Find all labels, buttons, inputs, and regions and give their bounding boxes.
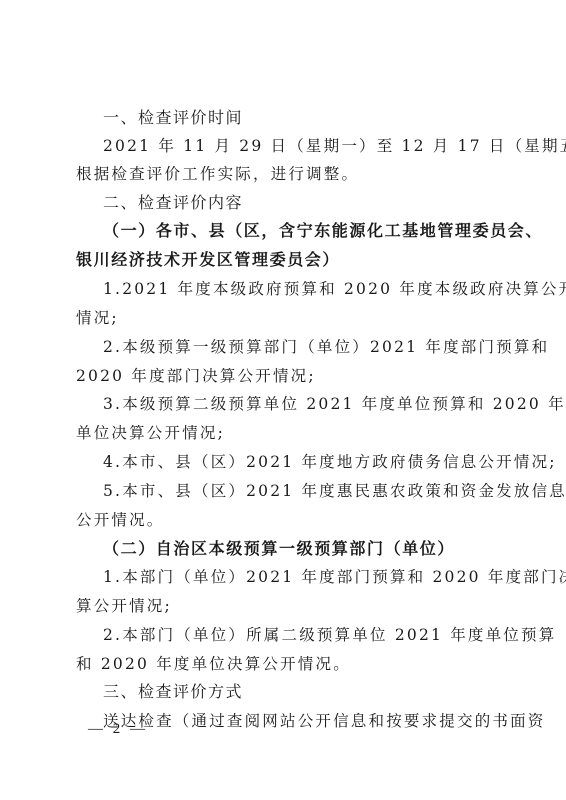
paragraph-line: 1.本部门（单位）2021 年度部门预算和 2020 年度部门决 [103,567,566,587]
paragraph-line: 根据检查评价工作实际，进行调整。 [76,164,359,184]
paragraph-line: 算公开情况; [76,596,172,616]
section-heading: 二、检查评价内容 [103,193,243,213]
paragraph-line: 公开情况。 [76,510,165,530]
document-page: 一、检查评价时间2021 年 11 月 29 日（星期一）至 12 月 17 日… [0,0,566,800]
paragraph-line: 3.本级预算二级预算单位 2021 年度单位预算和 2020 年度 [103,394,566,414]
paragraph-line: 5.本市、县（区）2021 年度惠民惠农政策和资金发放信息 [103,481,566,501]
subsection-heading: （二）自治区本级预算一级预算部门（单位） [103,539,455,559]
subsection-heading: （一）各市、县（区，含宁东能源化工基地管理委员会、 [103,221,543,241]
paragraph-line: 送达检查（通过查阅网站公开信息和按要求提交的书面资 [103,711,546,731]
paragraph-line: 2020 年度部门决算公开情况; [76,366,316,386]
page-number: — 2 — [88,721,148,738]
paragraph-line: 2.本部门（单位）所属二级预算单位 2021 年度单位预算 [103,625,556,645]
paragraph-line: 4.本市、县（区）2021 年度地方政府债务信息公开情况; [103,452,557,472]
subsection-heading: 银川经济技术开发区管理委员会） [76,250,340,270]
section-heading: 一、检查评价时间 [103,108,243,128]
paragraph-line: 和 2020 年度单位决算公开情况。 [76,654,351,674]
paragraph-line: 1.2021 年度本级政府预算和 2020 年度本级政府决算公开 [103,279,566,299]
section-heading: 三、检查评价方式 [103,682,243,702]
paragraph-line: 2.本级预算一级预算部门（单位）2021 年度部门预算和 [103,337,549,357]
paragraph-line: 单位决算公开情况; [76,423,225,443]
paragraph-line: 2021 年 11 月 29 日（星期一）至 12 月 17 日（星期五）。 [103,136,566,156]
paragraph-line: 情况; [76,308,119,328]
